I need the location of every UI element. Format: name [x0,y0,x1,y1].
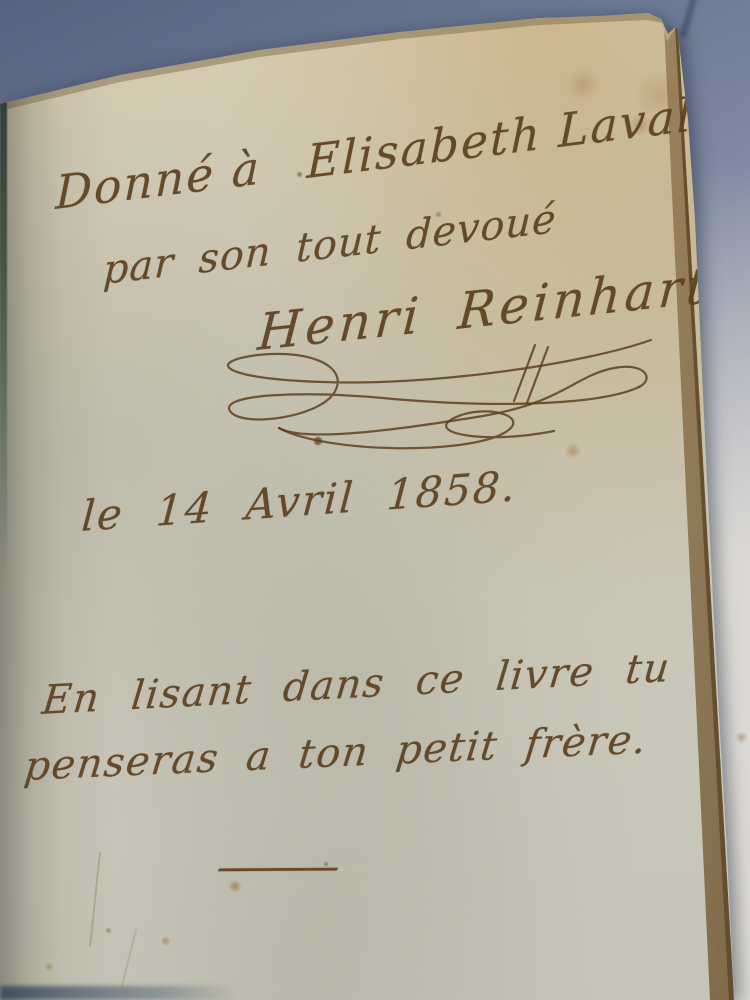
ink-dash: — [211,841,344,891]
board-edge-green [0,100,7,580]
book-page-shadow: Donné àElisabeth Laval par son tout devo… [0,0,750,1000]
foxing-spot [564,68,602,100]
foxing-spot [44,962,54,971]
handwriting-gap [261,178,307,184]
bottom-edge-shadow [0,986,238,1000]
foxing-spot [106,928,111,933]
book-page: Donné àElisabeth Laval par son tout devo… [0,0,750,1000]
photo-of-book-flyleaf: Donné àElisabeth Laval par son tout devo… [0,0,750,1000]
signature-flourish [183,332,658,467]
foxing-spot [160,936,171,946]
